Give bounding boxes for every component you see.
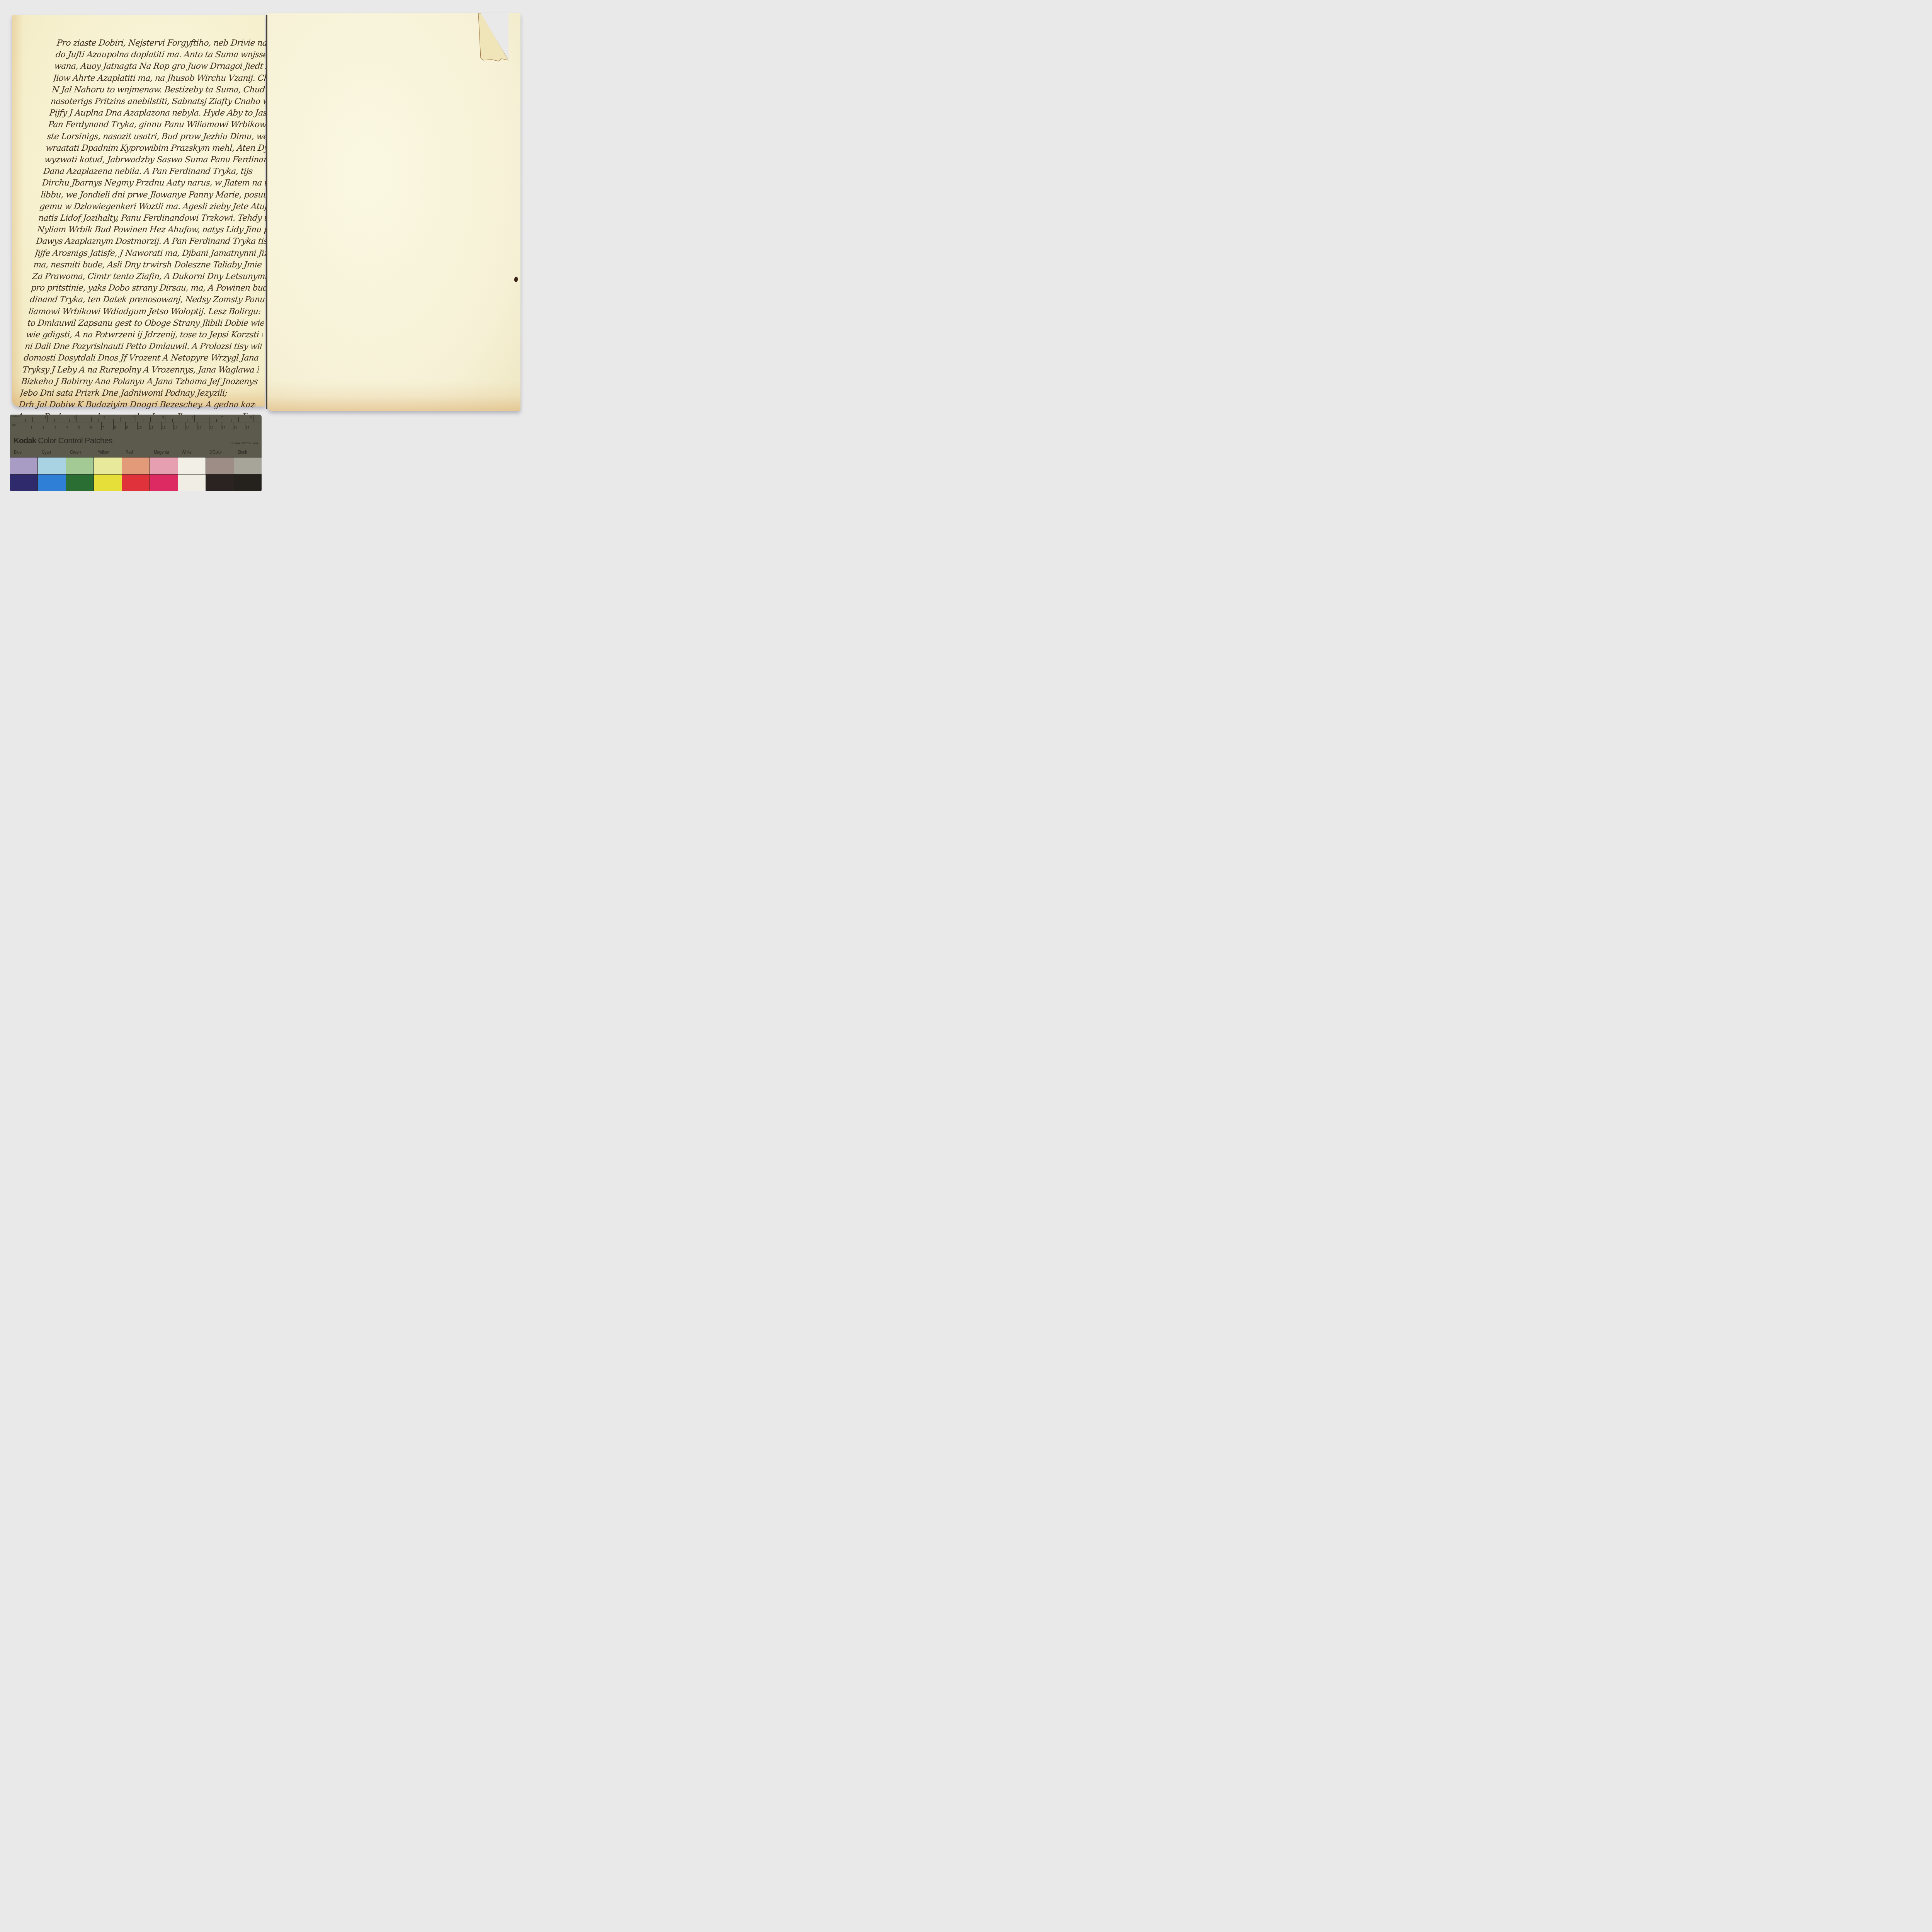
cm-tick bbox=[137, 422, 138, 430]
manuscript-line: Jiow Ahrte Azaplatiti ma, na Jhusob Wirc… bbox=[53, 73, 290, 84]
patch-dark-blue bbox=[10, 474, 38, 491]
cm-mark: 14 bbox=[186, 425, 189, 429]
patch-dark-red bbox=[122, 474, 150, 491]
cm-mark: 3 bbox=[54, 425, 56, 429]
inch-tick bbox=[165, 415, 165, 422]
inch-tick bbox=[18, 415, 18, 422]
patch-light-cyan bbox=[38, 457, 66, 474]
patch-labels: BlueCyanGreenYellowRedMagentaWhite3/Colo… bbox=[10, 449, 262, 456]
cm-mark: 11 bbox=[150, 425, 153, 429]
kodak-logo-text: Kodak bbox=[14, 436, 36, 445]
patch-light-yellow bbox=[94, 457, 122, 474]
manuscript-line: Pro ziaste Dobiri, Nejstervi Forgyftiho,… bbox=[56, 37, 294, 49]
patch-label-3-color: 3/Color bbox=[209, 449, 222, 455]
inch-tick bbox=[47, 415, 48, 422]
cm-mark: 7 bbox=[102, 425, 104, 429]
cm-mark: 9 bbox=[126, 425, 128, 429]
inch-label: inches bbox=[12, 415, 20, 418]
manuscript-line: natis Lidof Jozihalty, Panu Ferdinandowi… bbox=[38, 213, 276, 224]
cm-tick bbox=[149, 422, 150, 430]
strip-title: KodakColor Control Patches bbox=[14, 436, 112, 446]
inch-tick bbox=[143, 419, 143, 422]
patch-light-white bbox=[178, 457, 206, 474]
inch-mark: 2 bbox=[74, 415, 76, 419]
cm-mark: 6 bbox=[90, 425, 92, 429]
patch-light-red bbox=[122, 457, 150, 474]
patch-light-magenta bbox=[150, 457, 178, 474]
inch-mark: 7 bbox=[221, 415, 223, 419]
patch-label-yellow: Yellow bbox=[98, 449, 109, 455]
inch-tick bbox=[136, 415, 136, 422]
manuscript-line: Bizkeho J Babirny Ana Polanyu A Jana Tzh… bbox=[20, 376, 258, 388]
strip-title-text: Color Control Patches bbox=[38, 436, 112, 445]
manuscript-line: Za Prawoma, Cimtr tento Ziafin, A Dukorn… bbox=[32, 271, 269, 282]
manuscript-line: Dana Azaplazena nebila. A Pan Ferdinand … bbox=[43, 166, 280, 177]
manuscript-right-page-blank bbox=[267, 13, 520, 411]
manuscript-line: Pijfy J Auplna Dna Azaplazona nebyla. Hy… bbox=[49, 107, 286, 119]
inch-tick bbox=[224, 415, 224, 422]
inch-mark: 5 bbox=[162, 415, 164, 419]
inch-mark: 1 bbox=[44, 415, 46, 419]
manuscript-line: Dirchu Jbarnys Negmy Przdnu Aaty narus, … bbox=[41, 177, 279, 189]
manuscript-line: wraatati Dpadnim Kyprowibim Prazskym meh… bbox=[45, 143, 283, 154]
inch-tick bbox=[77, 415, 77, 422]
cm-mark: 19 bbox=[246, 425, 249, 429]
patch-dark-yellow bbox=[94, 474, 122, 491]
manuscript-line: liamowi Wrbikowi Wdiadgum Jetso Woloptij… bbox=[28, 306, 265, 318]
inch-tick bbox=[209, 417, 209, 422]
cm-mark: 17 bbox=[222, 425, 225, 429]
cm-tick bbox=[221, 422, 221, 430]
patch-dark-black bbox=[234, 474, 262, 491]
manuscript-line: Jijfe Arosnigs Jatisfe, J Naworati ma, D… bbox=[34, 248, 272, 259]
inch-tick bbox=[91, 417, 92, 422]
cm-tick bbox=[113, 422, 114, 430]
manuscript-line: domosti Dosytdali Dnos Jf Vrozent A Neto… bbox=[23, 352, 261, 364]
manuscript-line: libbu, we Jondieli dni prwe Jlowanye Pan… bbox=[40, 189, 278, 201]
patch-light-blue bbox=[10, 457, 38, 474]
cm-tick bbox=[185, 422, 185, 430]
cm-mark: 2 bbox=[43, 425, 44, 429]
copyright-notice: © Kodak, 2007 TM: Kodak bbox=[231, 442, 259, 445]
cm-tick bbox=[90, 422, 90, 430]
manuscript-line: ma, nesmiti bude, Asli Dny trwirsh Doles… bbox=[33, 259, 270, 271]
manuscript-line: gemu w Dzlowiegenkeri Woztli ma. Agesli … bbox=[39, 201, 277, 213]
patch-dark-white bbox=[178, 474, 206, 491]
manuscript-line: ste Lorsinigs, nasozit usatri, Bud prow … bbox=[46, 131, 284, 143]
inch-tick bbox=[194, 415, 195, 422]
patch-light-green bbox=[66, 457, 94, 474]
inch-mark: 6 bbox=[192, 415, 194, 419]
cm-mark: 8 bbox=[114, 425, 116, 429]
cm-mark: 5 bbox=[78, 425, 80, 429]
cm-ruler: cm 12345678910111213141516171819 bbox=[10, 422, 262, 432]
inch-tick bbox=[172, 419, 173, 422]
inch-tick bbox=[99, 419, 99, 422]
cm-label: cm bbox=[12, 424, 15, 427]
patch-dark-green bbox=[66, 474, 94, 491]
patch-dark-cyan bbox=[38, 474, 66, 491]
cm-tick bbox=[18, 422, 18, 430]
cm-tick bbox=[42, 422, 42, 430]
patch-label-blue: Blue bbox=[14, 449, 22, 455]
inch-mark: 4 bbox=[133, 415, 135, 419]
inch-tick bbox=[106, 415, 106, 422]
patch-dark-magenta bbox=[150, 474, 178, 491]
patch-label-black: Black bbox=[238, 449, 247, 455]
cm-tick bbox=[233, 422, 233, 430]
inch-ruler: inches 12345678 bbox=[10, 415, 262, 422]
manuscript-line: pro pritstinie, yaks Dobo strany Dirsau,… bbox=[31, 282, 268, 294]
manuscript-line: to Dmlauwil Zapsanu gest to Oboge Strany… bbox=[27, 318, 264, 329]
manuscript-line: wie gdigsti, A na Potwrzeni ij Jdrzenij,… bbox=[26, 329, 263, 341]
cm-tick bbox=[66, 422, 66, 430]
patch-label-red: Red bbox=[126, 449, 133, 455]
patch-label-magenta: Magenta bbox=[154, 449, 169, 455]
manuscript-line: Nyliam Wrbik Bud Powinen Hez Ahufow, nat… bbox=[37, 224, 274, 236]
inch-tick bbox=[246, 419, 246, 422]
cm-tick bbox=[125, 422, 126, 430]
manuscript-line: wana, Auoy Jatnagta Na Rop gro Juow Drna… bbox=[54, 61, 291, 72]
inch-tick bbox=[202, 419, 202, 422]
inch-tick bbox=[253, 415, 253, 422]
inch-tick bbox=[84, 419, 84, 422]
inch-tick bbox=[128, 419, 128, 422]
cm-mark: 1 bbox=[31, 425, 32, 429]
cm-mark: 4 bbox=[66, 425, 68, 429]
cm-mark: 12 bbox=[162, 425, 165, 429]
inch-tick bbox=[180, 417, 180, 422]
inch-tick bbox=[32, 417, 33, 422]
cm-mark: 16 bbox=[210, 425, 213, 429]
manuscript-line: N Jal Nahoru to wnjmenaw. Bestizeby ta S… bbox=[51, 84, 289, 96]
light-patch-row bbox=[10, 457, 262, 474]
inch-tick bbox=[54, 419, 55, 422]
ink-stain bbox=[514, 277, 518, 282]
cm-tick bbox=[245, 422, 245, 430]
inch-tick bbox=[187, 419, 187, 422]
inch-mark: 8 bbox=[250, 415, 252, 419]
manuscript-line: ni Dali Dne Pozyrislnauti Petto Dmlauwil… bbox=[24, 341, 262, 352]
patch-light-black bbox=[234, 457, 262, 474]
manuscript-line: Drh Jal Dobiw K Budaziyim Dnogri Bezesch… bbox=[18, 399, 256, 411]
folded-corner-icon bbox=[478, 13, 509, 63]
manuscript-line: wyzwati kotud, Jabrwadzby Saswa Suma Pan… bbox=[44, 154, 282, 166]
cm-tick bbox=[197, 422, 197, 430]
cm-mark: 13 bbox=[174, 425, 177, 429]
inch-tick bbox=[150, 417, 151, 422]
patch-dark-3-color bbox=[206, 474, 234, 491]
cm-mark: 10 bbox=[138, 425, 141, 429]
cm-mark: 18 bbox=[234, 425, 237, 429]
manuscript-line: Jebo Dni sata Prizrk Dne Jadniwomi Podna… bbox=[19, 388, 257, 399]
inch-tick bbox=[40, 419, 40, 422]
cm-mark: 15 bbox=[198, 425, 201, 429]
manuscript-line: Dawys Azaplaznym Dostmorzij. A Pan Ferdi… bbox=[35, 236, 273, 247]
dark-patch-row bbox=[10, 474, 262, 491]
cm-tick bbox=[161, 422, 162, 430]
cm-tick bbox=[209, 422, 209, 430]
manuscript-line: do Jufti Azaupolna doplatiti ma. Anto ta… bbox=[55, 49, 293, 61]
inch-tick bbox=[25, 419, 26, 422]
manuscript-line: dinand Tryka, ten Datek prenosowanj, Ned… bbox=[29, 294, 267, 306]
inch-mark: 3 bbox=[103, 415, 105, 419]
inch-tick bbox=[69, 419, 70, 422]
inch-tick bbox=[231, 419, 231, 422]
inch-tick bbox=[62, 417, 62, 422]
inch-tick bbox=[121, 417, 121, 422]
inch-tick bbox=[113, 419, 114, 422]
cm-tick bbox=[30, 422, 30, 430]
manuscript-line: Pan Ferdynand Tryka, ginnu Panu Wiliamow… bbox=[48, 119, 285, 131]
manuscript-line: Tryksy J Leby A na Rurepolny A Vrozennys… bbox=[22, 364, 259, 376]
kodak-color-control-strip: inches 12345678 cm 123456789101112131415… bbox=[10, 415, 262, 491]
handwritten-text-block: Pro ziaste Dobiri, Nejstervi Forgyftiho,… bbox=[14, 37, 294, 446]
manuscript-line: nasoterigs Pritzins anebilstiti, Sabnats… bbox=[50, 96, 288, 107]
patch-light-3-color bbox=[206, 457, 234, 474]
cm-tick bbox=[78, 422, 78, 430]
inch-tick bbox=[238, 417, 239, 422]
inch-tick bbox=[158, 419, 158, 422]
patch-label-white: White bbox=[182, 449, 191, 455]
cm-tick bbox=[173, 422, 173, 430]
patch-label-cyan: Cyan bbox=[42, 449, 51, 455]
manuscript-left-page: Pro ziaste Dobiri, Nejstervi Forgyftiho,… bbox=[12, 15, 265, 406]
cm-tick bbox=[101, 422, 102, 430]
cm-tick bbox=[54, 422, 54, 430]
inch-tick bbox=[216, 419, 217, 422]
patch-label-green: Green bbox=[70, 449, 81, 455]
